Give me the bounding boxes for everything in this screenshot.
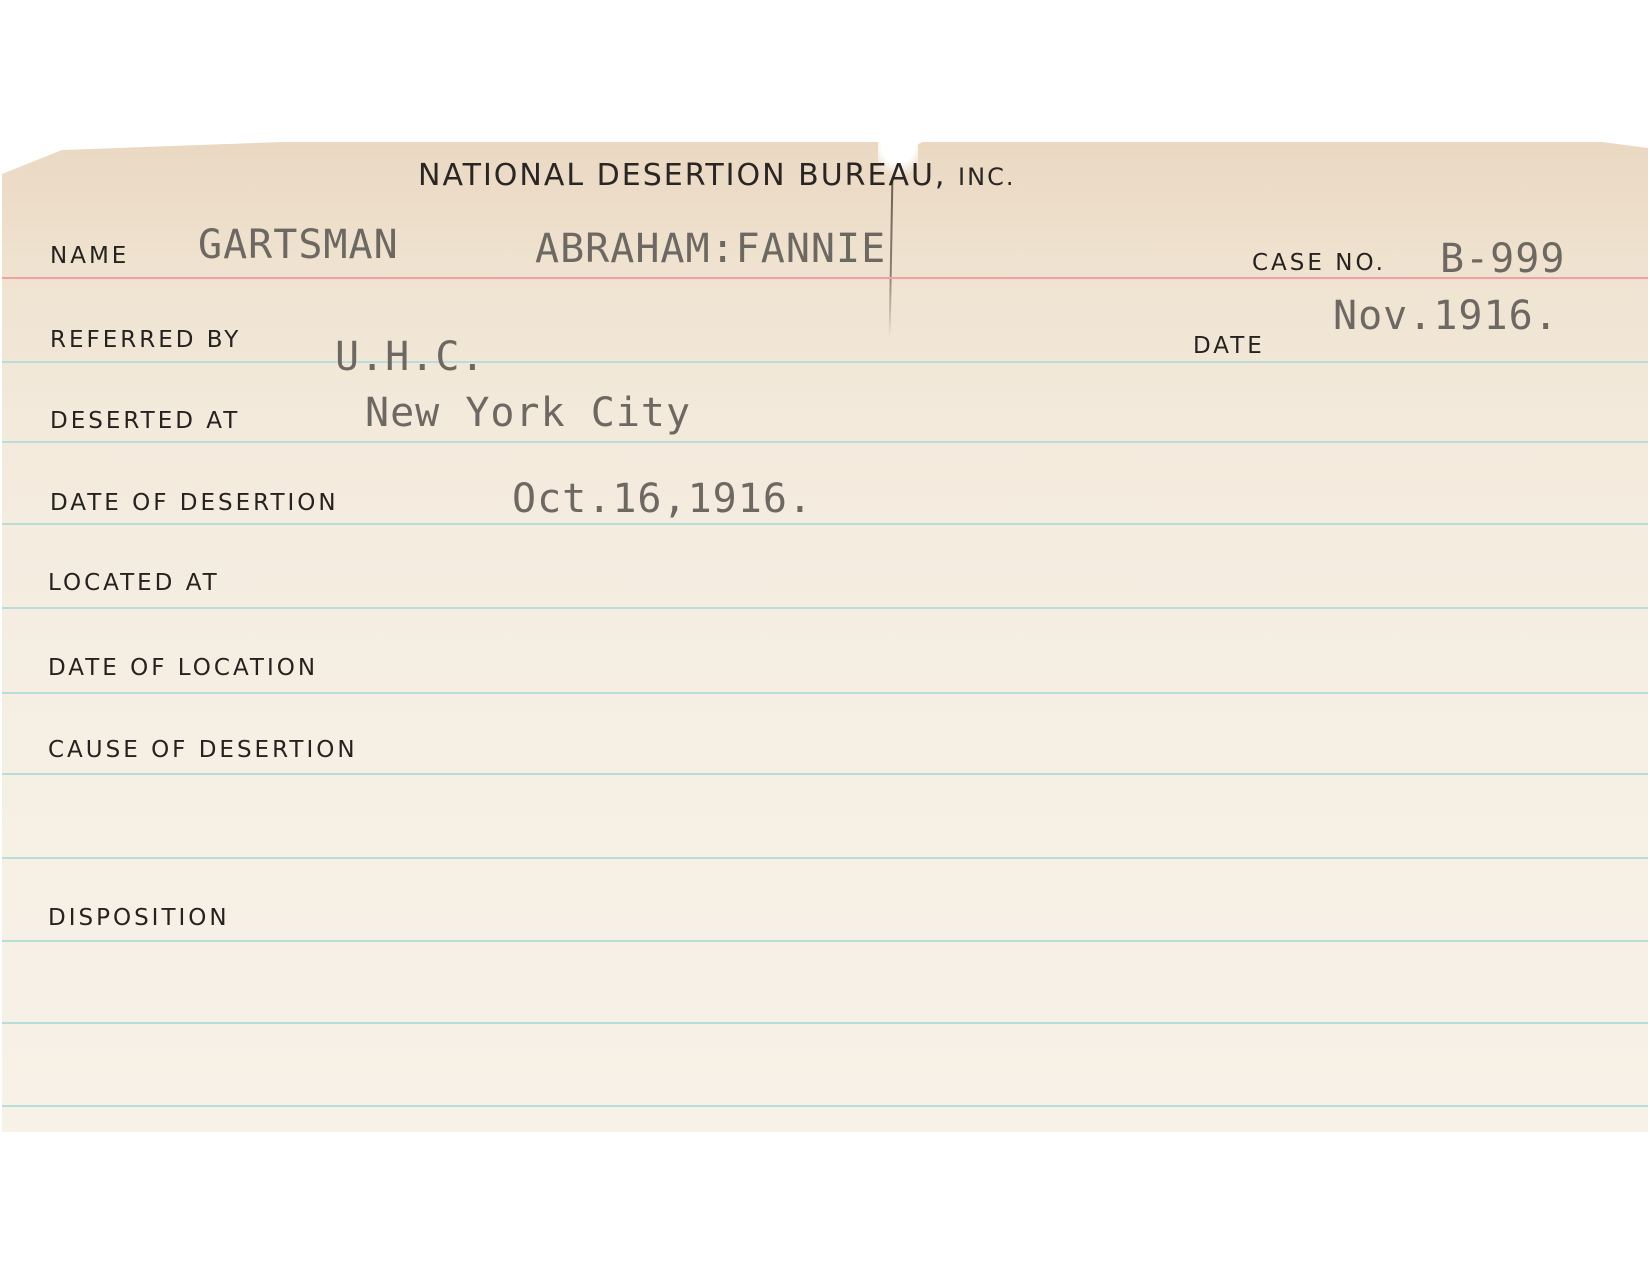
name-label: NAME [50, 243, 129, 269]
case-no-value: B-999 [1440, 236, 1565, 282]
index-card [2, 142, 1648, 1132]
date-label: DATE [1193, 333, 1265, 359]
name-last-value: GARTSMAN [198, 222, 399, 268]
ruled-line [2, 523, 1648, 525]
referred-by-value: U.H.C. [335, 334, 486, 380]
ruled-line [2, 441, 1648, 443]
cause-of-desertion-label: CAUSE OF DESERTION [48, 737, 358, 763]
date-value: Nov.1916. [1333, 293, 1559, 339]
deserted-at-value: New York City [365, 390, 691, 436]
ruled-line [2, 361, 1648, 363]
date-of-desertion-value: Oct.16,1916. [512, 476, 813, 522]
located-at-label: LOCATED AT [48, 570, 220, 596]
referred-by-label: REFERRED BY [50, 327, 241, 353]
ruled-line [2, 607, 1648, 609]
ruled-line [2, 1105, 1648, 1107]
ruled-line [2, 940, 1648, 942]
name-first-value: ABRAHAM:FANNIE [535, 226, 886, 272]
deserted-at-label: DESERTED AT [50, 408, 240, 434]
case-no-label: CASE NO. [1252, 250, 1386, 276]
title-text: NATIONAL DESERTION BUREAU, [418, 158, 946, 193]
ruled-line [2, 773, 1648, 775]
ruled-line [2, 692, 1648, 694]
disposition-label: DISPOSITION [48, 905, 230, 931]
date-of-desertion-label: DATE OF DESERTION [50, 490, 339, 516]
title-suffix: INC. [958, 163, 1015, 191]
date-of-location-label: DATE OF LOCATION [48, 655, 318, 681]
card-title: NATIONAL DESERTION BUREAU, INC. [418, 158, 1015, 193]
red-header-rule [2, 277, 1648, 279]
ruled-line [2, 857, 1648, 859]
ruled-line [2, 1022, 1648, 1024]
